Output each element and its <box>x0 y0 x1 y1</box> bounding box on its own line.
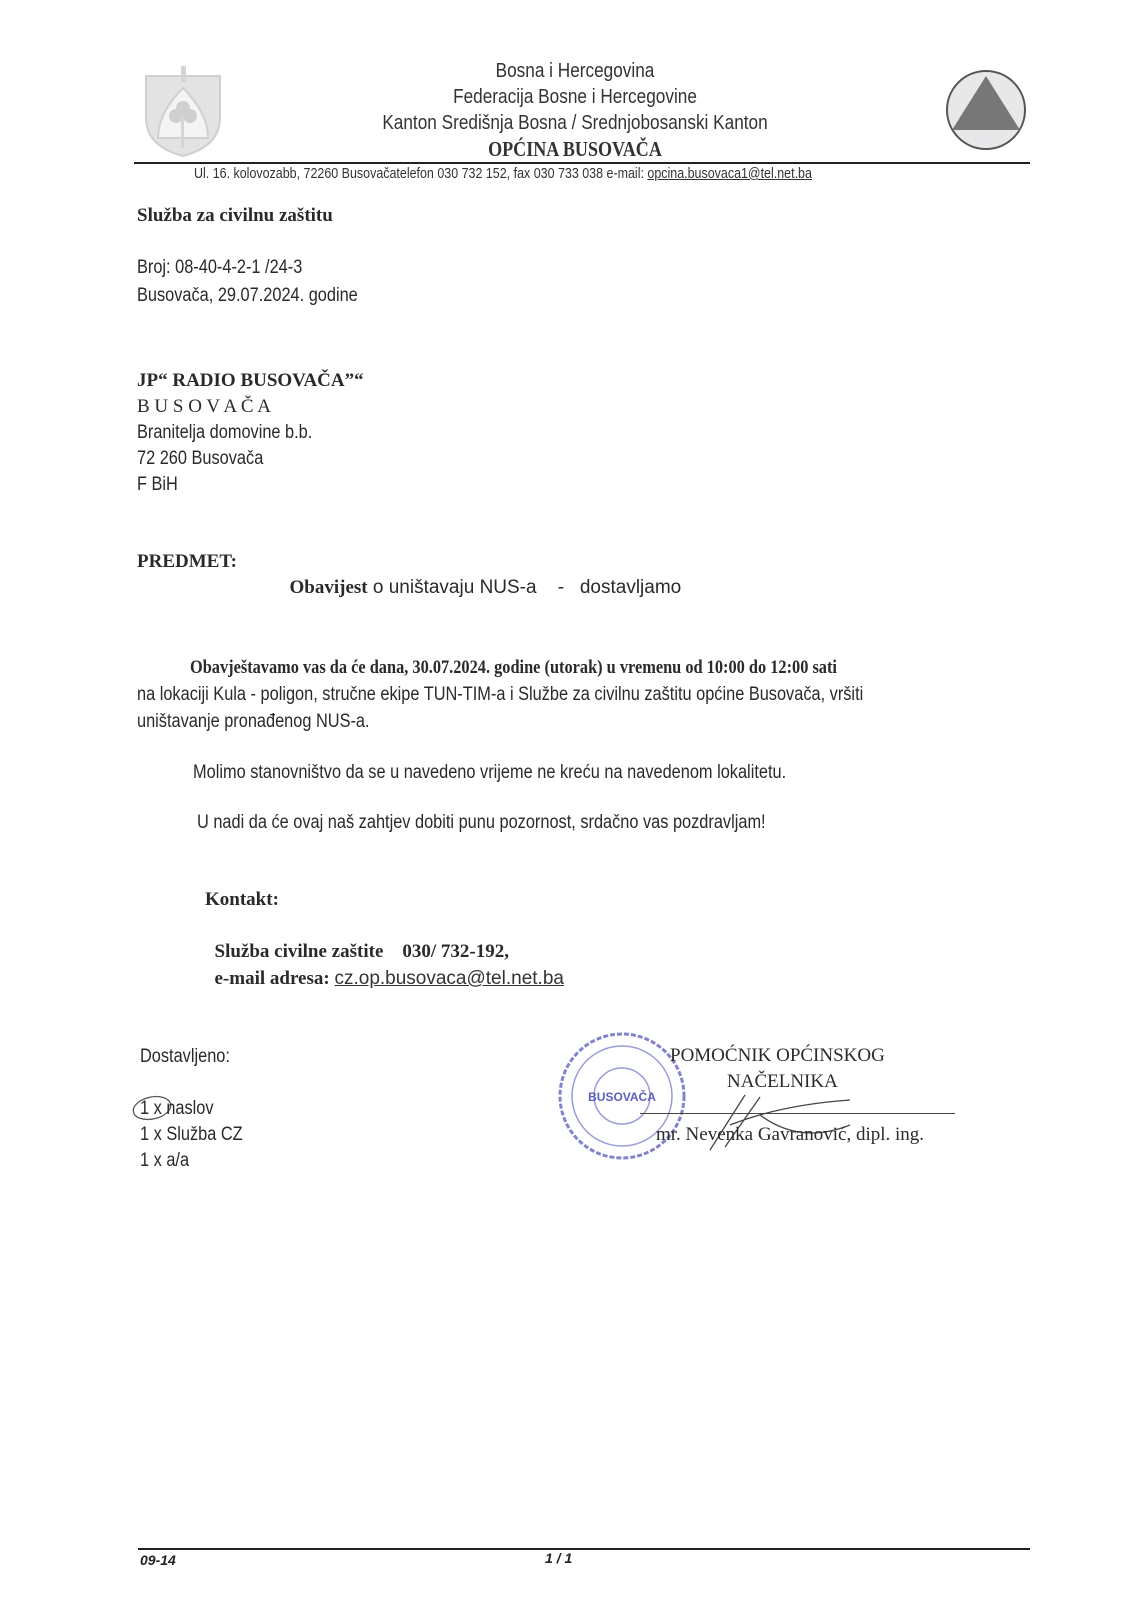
country-name: Bosna i Hercegovina <box>296 58 855 84</box>
delivered-item: 1 x a/a <box>140 1148 189 1174</box>
contact-email-row: e-mail adresa: cz.op.busovaca@tel.net.ba <box>205 940 564 992</box>
page-number: 1 / 1 <box>545 1550 572 1566</box>
footer-divider <box>138 1548 1030 1550</box>
recipient-street: Branitelja domovine b.b. <box>137 420 312 446</box>
subject-label: PREDMET: <box>137 549 237 575</box>
municipality-email-link[interactable]: opcina.busovaca1@tel.net.ba <box>647 166 812 182</box>
signatory-name: mr. Nevenka Gavranović, dipl. ing. <box>656 1122 924 1148</box>
reference-number: Broj: 08-40-4-2-1 /24-3 <box>137 255 302 281</box>
subject-text: Obavijest o uništavaju NUS-a - dostavlja… <box>280 549 681 601</box>
stamp-text: BUSOVAČA <box>588 1089 656 1104</box>
form-code: 09-14 <box>140 1552 176 1568</box>
header-divider <box>134 162 1030 164</box>
notice-paragraph-line1: Obavještavamo vas da će dana, 30.07.2024… <box>190 655 837 681</box>
notice-paragraph-line2: na lokaciji Kula - poligon, stručne ekip… <box>137 682 863 708</box>
municipal-coat-of-arms-icon <box>138 58 228 158</box>
request-paragraph: Molimo stanovništvo da se u navedeno vri… <box>193 760 786 786</box>
contact-email-link[interactable]: cz.op.busovaca@tel.net.ba <box>334 968 563 989</box>
federation-name: Federacija Bosne i Hercegovine <box>296 84 855 110</box>
recipient-name: JP“ RADIO BUSOVAČA”“ <box>137 368 364 394</box>
municipality-title: OPĆINA BUSOVAČA <box>296 136 855 162</box>
closing-paragraph: U nadi da će ovaj naš zahtjev dobiti pun… <box>197 810 766 836</box>
signatory-title-line1: POMOĆNIK OPĆINSKOG <box>670 1043 885 1069</box>
delivered-heading: Dostavljeno: <box>140 1044 230 1070</box>
delivered-item: 1 x Služba CZ <box>140 1122 243 1148</box>
canton-name: Kanton Središnja Bosna / Srednjobosanski… <box>296 110 855 136</box>
address-line: Ul. 16. kolovozabb, 72260 Busovačatelefo… <box>194 166 812 182</box>
recipient-city: B U S O V A Č A <box>137 394 271 420</box>
notice-paragraph-line3: uništavanje pronađenog NUS-a. <box>137 709 370 735</box>
civil-protection-triangle-icon <box>944 68 1028 152</box>
recipient-country: F BiH <box>137 472 178 498</box>
delivered-item: 1 x naslov <box>140 1096 214 1122</box>
contact-heading: Kontakt: <box>205 887 279 913</box>
recipient-postal: 72 260 Busovača <box>137 446 263 472</box>
place-date: Busovača, 29.07.2024. godine <box>137 283 358 309</box>
department-name: Služba za civilnu zaštitu <box>137 203 333 229</box>
